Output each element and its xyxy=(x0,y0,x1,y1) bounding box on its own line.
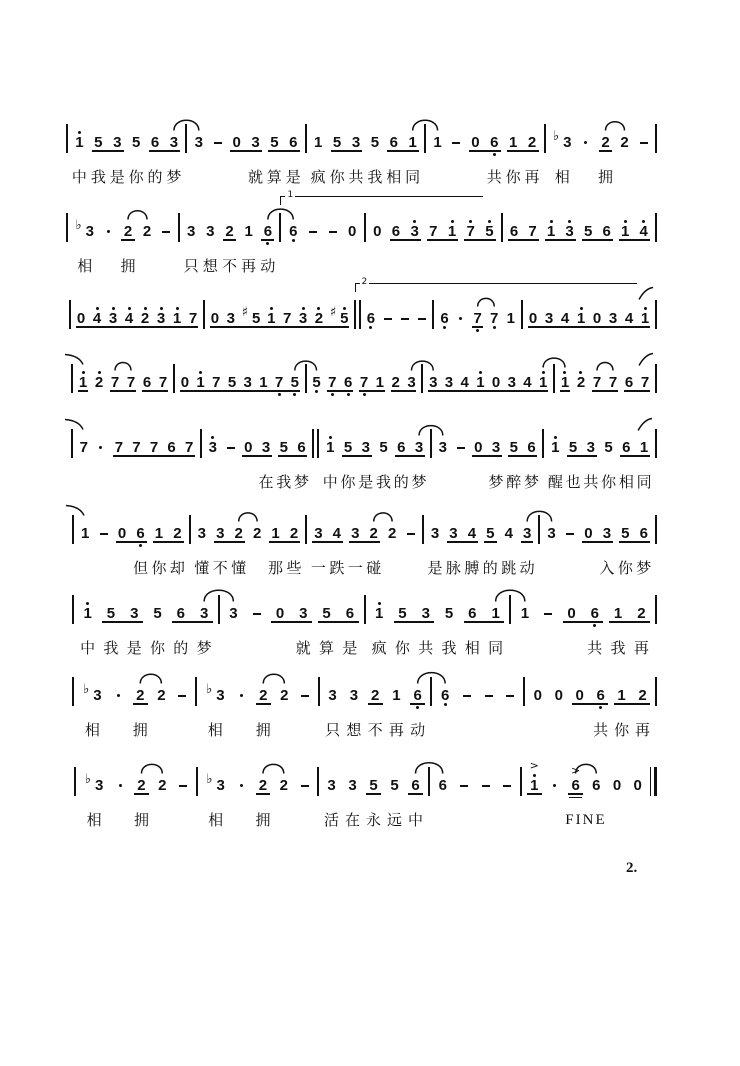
beam-group: 06共 xyxy=(560,598,607,628)
note-symbol: 2 xyxy=(173,526,181,541)
sustain-dash xyxy=(172,680,193,710)
note-symbol: 3 xyxy=(262,440,270,455)
note-symbol: 5 xyxy=(94,135,102,150)
octave-dot-below xyxy=(292,239,295,242)
note: 6是 xyxy=(284,127,303,157)
note-symbol: 3 xyxy=(216,688,224,703)
note-symbol: 6> xyxy=(571,778,579,793)
beam-group: 13 xyxy=(542,216,579,246)
note-symbol: 4 xyxy=(640,224,648,239)
note-symbol: 0 xyxy=(555,688,563,703)
beam-group: 2拥 xyxy=(131,770,152,800)
lyric-char: 相 xyxy=(208,721,223,739)
octave-dot-above xyxy=(128,307,131,310)
note-symbol xyxy=(309,224,317,239)
note-symbol: 7 xyxy=(467,224,475,239)
beam-group: 03就 xyxy=(268,598,315,628)
lyric-char: 算 xyxy=(267,168,282,186)
note: 5 xyxy=(224,367,240,397)
note: 3就 xyxy=(292,598,315,628)
rest: 0 xyxy=(469,432,487,462)
lyric-char: 梦 xyxy=(197,639,212,657)
note: 5你 xyxy=(328,127,347,157)
note-symbol: 1 xyxy=(314,135,322,150)
barline xyxy=(655,124,657,153)
beam-group: 6相1同 xyxy=(617,432,653,462)
sustain-dash xyxy=(475,770,496,800)
lyric-char: 不 xyxy=(368,721,383,739)
beam-group: 06共 xyxy=(466,127,504,157)
note: 6 xyxy=(163,432,181,462)
rhythm-dot xyxy=(99,216,118,246)
note: 3入 xyxy=(598,518,616,548)
note-symbol: 1 xyxy=(196,375,204,390)
note: 6 xyxy=(586,770,607,800)
note: 6的 xyxy=(169,598,192,628)
beam-group: 5也3共 xyxy=(564,432,600,462)
measure: 1中5我3是5你6的3梦 xyxy=(74,598,218,628)
note-symbol: 0 xyxy=(474,440,482,455)
lyric-char: 膊 xyxy=(464,559,479,577)
beam-group: 2拥 xyxy=(596,127,615,157)
lyric-char: 是 xyxy=(127,639,142,657)
note: 7 xyxy=(123,367,139,397)
octave-dot-below xyxy=(416,706,419,709)
octave-dot-above xyxy=(329,436,332,439)
note-symbol xyxy=(544,606,552,621)
note: 1 xyxy=(473,367,489,397)
rest: 0 xyxy=(268,598,291,628)
note: 5也 xyxy=(564,432,582,462)
note: 1那 xyxy=(266,518,284,548)
note-symbol: 6 xyxy=(602,224,610,239)
note: 3是 xyxy=(123,598,146,628)
note: 3 xyxy=(222,598,245,628)
note: 3只 xyxy=(182,216,201,246)
note-symbol: 1 xyxy=(521,606,529,621)
lyric-char: 梦 xyxy=(166,168,181,186)
note-symbol: 3 xyxy=(206,224,214,239)
sustain-dash xyxy=(496,770,517,800)
note: 6的 xyxy=(146,127,165,157)
lyric-char: 我 xyxy=(367,168,382,186)
beam-group: 2拥 xyxy=(118,216,137,246)
beam-group: 6的3梦 xyxy=(146,127,184,157)
lyric-char: 我 xyxy=(103,639,118,657)
rhythm-dot xyxy=(453,303,470,333)
note-symbol: 3 xyxy=(410,224,418,239)
note: 1 xyxy=(542,216,561,246)
note-symbol xyxy=(457,440,465,455)
note: 1 xyxy=(193,367,209,397)
lyric-char: 就 xyxy=(296,639,311,657)
note: 5 xyxy=(579,216,598,246)
beam-group: 6动 xyxy=(258,216,277,246)
octave-dot-above xyxy=(378,602,381,605)
note-symbol: 2 xyxy=(601,135,609,150)
beam-group: 3脉4膊 xyxy=(444,518,481,548)
lyric-char: 醉 xyxy=(506,473,521,491)
note: 6动 xyxy=(258,216,277,246)
measure: 01753175 xyxy=(175,367,305,397)
note: 1同 xyxy=(403,127,422,157)
measure: 106共1你2再 xyxy=(426,127,543,157)
note: 3只 xyxy=(322,680,343,710)
note-symbol: 3 xyxy=(198,526,206,541)
staff-line: 106但1你2却3懂3不2懂21那2些3一4跌3一2碰23是3脉4膊5的4跳3动… xyxy=(72,518,657,548)
note: 7 xyxy=(128,432,146,462)
note-symbol: 3 xyxy=(328,688,336,703)
beam-group: 1你2再 xyxy=(611,680,653,710)
note-symbol xyxy=(240,778,244,793)
lyric-char: 我 xyxy=(376,473,391,491)
rest: 0 xyxy=(73,303,89,333)
note-symbol: 5 xyxy=(252,311,260,326)
octave-dot-above xyxy=(550,220,553,223)
note: 7 xyxy=(279,303,295,333)
rhythm-dot xyxy=(545,770,566,800)
measure: 04342317 xyxy=(71,303,203,333)
octave-dot-above xyxy=(98,371,101,374)
note: 3一 xyxy=(309,518,327,548)
note-symbol xyxy=(100,526,108,541)
lyric-char: 疯 xyxy=(372,639,387,657)
note-symbol: 3 xyxy=(449,526,457,541)
lyric-char: 你 xyxy=(129,168,144,186)
note-symbol: 1 xyxy=(81,526,89,541)
note-symbol: 3 xyxy=(609,311,617,326)
note: 6梦 xyxy=(293,432,311,462)
note-symbol xyxy=(566,526,574,541)
note-symbol: 1> xyxy=(530,778,538,793)
note-symbol: 6 xyxy=(289,135,297,150)
note-symbol: 2 xyxy=(528,135,536,150)
note: 3 xyxy=(153,303,169,333)
note: 6相 xyxy=(461,598,484,628)
note: 2 xyxy=(152,770,173,800)
beam-group: 1那2些 xyxy=(266,518,303,548)
note-symbol: 6 xyxy=(411,778,419,793)
double-barline xyxy=(312,429,319,458)
fine-marking: FINE xyxy=(565,811,606,829)
note-symbol xyxy=(506,688,514,703)
octave-dot-below xyxy=(493,153,496,156)
sustain-dash xyxy=(537,598,560,628)
note: 1我 xyxy=(606,598,629,628)
note-symbol: 3 xyxy=(86,224,94,239)
sustain-dash xyxy=(222,432,240,462)
note-symbol: 4 xyxy=(561,311,569,326)
note-symbol: 6 xyxy=(289,224,297,239)
note: 2不 xyxy=(220,216,239,246)
measure: 1中5你3是5我6的3梦 xyxy=(319,432,430,462)
rest: 0 xyxy=(113,518,131,548)
note-symbol: 4 xyxy=(468,526,476,541)
octave-dot-below xyxy=(493,326,496,329)
note-symbol: 6 xyxy=(344,375,352,390)
octave-dot-above xyxy=(413,220,416,223)
lyric-char: 梦 xyxy=(294,473,309,491)
note: 5算 xyxy=(265,127,284,157)
staff-line: ♭3相2拥2♭3相2拥23只3想2不1再6动60006共1你2再 xyxy=(72,680,657,710)
note: 6 xyxy=(139,367,155,397)
beam-group: 5你6梦 xyxy=(616,518,653,548)
note-symbol: 3 xyxy=(195,135,203,150)
note-symbol: 2 xyxy=(280,778,288,793)
octave-dot-below xyxy=(315,390,318,393)
accent-mark: > xyxy=(571,765,580,776)
note-symbol xyxy=(463,688,471,703)
note: 7 xyxy=(637,367,653,397)
note: 6 xyxy=(505,216,524,246)
note-symbol: 3 xyxy=(299,606,307,621)
sustain-dash xyxy=(323,216,343,246)
lyric-char: 是 xyxy=(342,639,357,657)
beam-group: 1你2却 xyxy=(150,518,187,548)
lyric-char: 相 xyxy=(386,168,401,186)
note-symbol: 1 xyxy=(259,375,267,390)
note-symbol: 2 xyxy=(157,688,165,703)
note-symbol: 5 xyxy=(291,375,299,390)
note-symbol: 5 xyxy=(333,135,341,150)
note: 2 xyxy=(388,367,404,397)
note-symbol: 3 xyxy=(445,375,453,390)
note: 6梦 xyxy=(635,518,653,548)
note: 7 xyxy=(155,367,171,397)
note-symbol: 1 xyxy=(75,135,83,150)
lyric-char: 你 xyxy=(341,473,356,491)
octave-dot-below xyxy=(347,393,350,396)
lyric-char: 同 xyxy=(488,639,503,657)
measure: 3只3想2不1再6动 xyxy=(180,216,280,246)
note: 6 xyxy=(434,680,456,710)
note: 4跌 xyxy=(328,518,346,548)
note-symbol: 4 xyxy=(460,375,468,390)
note-symbol: 6 xyxy=(367,311,375,326)
note: 6梦 xyxy=(523,432,541,462)
note-symbol: 0 xyxy=(244,440,252,455)
rhythm-dot xyxy=(232,680,253,710)
beam-group: 04342317 xyxy=(73,303,201,333)
note-symbol: 1 xyxy=(641,311,649,326)
note: 1 xyxy=(637,303,653,333)
measure: 0637175 xyxy=(366,216,501,246)
note-symbol: 3 xyxy=(227,311,235,326)
note: 1疯 xyxy=(309,127,328,157)
volta-number: 1 xyxy=(285,190,295,200)
note: 1再 xyxy=(239,216,258,246)
note: 6共 xyxy=(583,598,606,628)
rest: 0 xyxy=(207,303,223,333)
staff-line: ♭3相2拥23只3想2不1再6动60063717567135614 xyxy=(66,216,657,246)
note: 5远 xyxy=(384,770,405,800)
note-symbol: 6 xyxy=(527,440,535,455)
beam-group: 5我3是 xyxy=(99,598,146,628)
note-symbol: 5 xyxy=(486,526,494,541)
note: 1 xyxy=(503,303,520,333)
note: 1 xyxy=(76,518,94,548)
note: 1疯 xyxy=(368,598,391,628)
note-symbol: 1 xyxy=(621,224,629,239)
sustain-dash xyxy=(94,518,112,548)
note-symbol: 5 xyxy=(621,526,629,541)
measure: 1疯5你3共5我6相1同 xyxy=(366,598,510,628)
note: 5醉 xyxy=(505,432,523,462)
note: 7 xyxy=(469,303,486,333)
note-symbol: 1 xyxy=(539,375,547,390)
note: 3 xyxy=(434,432,452,462)
note-symbol xyxy=(485,688,493,703)
lyric-char: 在 xyxy=(345,811,360,829)
measure: ♭3相2拥2 xyxy=(546,127,656,157)
rest: 0 xyxy=(466,127,485,157)
octave-dot-above xyxy=(488,220,491,223)
beam-group: 67 xyxy=(621,367,653,397)
measure: 1疯5你3共5我6相1同 xyxy=(307,127,424,157)
note: 1 xyxy=(372,367,388,397)
note: 7 xyxy=(356,367,372,397)
lyric-char: 我 xyxy=(91,168,106,186)
note-symbol: 2 xyxy=(280,688,288,703)
note-symbol: 3 xyxy=(422,606,430,621)
note: 6动 xyxy=(407,680,428,710)
note-symbol: 3 xyxy=(439,440,447,455)
note: 7 xyxy=(208,367,224,397)
note-symbol: 2 xyxy=(143,224,151,239)
note-symbol: 2 xyxy=(620,135,628,150)
lyric-char: 你 xyxy=(395,639,410,657)
sustain-dash xyxy=(561,518,579,548)
note-symbol xyxy=(640,135,648,150)
lyric-char: 的 xyxy=(173,639,188,657)
note: 7 xyxy=(110,432,128,462)
lyric-char: 你 xyxy=(601,473,616,491)
lyric-char: 再 xyxy=(634,639,649,657)
rest: 0 xyxy=(607,770,628,800)
note-symbol: 0 xyxy=(373,224,381,239)
lyric-char: 一 xyxy=(311,559,326,577)
lyric-char: 是 xyxy=(110,168,125,186)
note-symbol: 3 xyxy=(109,311,117,326)
note-symbol: 1 xyxy=(155,526,163,541)
beam-group: 6动 xyxy=(407,680,428,710)
note-symbol: 6 xyxy=(413,688,421,703)
note-symbol: 1 xyxy=(551,440,559,455)
note-symbol: 5 xyxy=(340,311,348,326)
measure: ♭3相2拥2 xyxy=(76,770,196,800)
note: ♯5 xyxy=(327,303,352,333)
note-symbol xyxy=(584,135,588,150)
sustain-dash xyxy=(294,770,315,800)
note-symbol: 1 xyxy=(173,311,181,326)
double-barline xyxy=(354,300,361,329)
note-symbol: 1 xyxy=(448,224,456,239)
note: 7 xyxy=(324,367,340,397)
note: 5我 xyxy=(375,432,393,462)
lyric-char: 懂 xyxy=(194,559,209,577)
lyric-char: 疯 xyxy=(311,168,326,186)
lyric-char: 拥 xyxy=(256,721,271,739)
note-symbol: 1 xyxy=(375,606,383,621)
note: 5我 xyxy=(365,127,384,157)
measure: 303入5你6梦 xyxy=(540,518,655,548)
note: 1同 xyxy=(635,432,653,462)
octave-dot-above xyxy=(82,371,85,374)
note-symbol: 2 xyxy=(370,526,378,541)
note-symbol xyxy=(459,311,463,326)
note: 3在 xyxy=(257,432,275,462)
note: 1中 xyxy=(70,127,89,157)
note: 2再 xyxy=(632,680,653,710)
note-symbol: 5 xyxy=(584,224,592,239)
lyric-char: 相 xyxy=(87,811,102,829)
note-symbol: 3 xyxy=(244,375,252,390)
note-symbol: 3 xyxy=(492,440,500,455)
note: 5你 xyxy=(616,518,634,548)
note-symbol: 3 xyxy=(187,224,195,239)
note-symbol: 6 xyxy=(510,224,518,239)
note: 6 xyxy=(436,303,453,333)
note: 5 xyxy=(480,216,499,246)
staff-line: 1中5我3是5你6的3梦303就5算6是1疯5你3共5我6相1同106共1你2再… xyxy=(66,127,657,157)
lyric-char: 共 xyxy=(487,168,502,186)
beam-group: 5算6是 xyxy=(315,598,362,628)
note: 5 xyxy=(287,367,303,397)
note-symbol xyxy=(179,778,187,793)
measure: ♭3相2拥2 xyxy=(197,680,318,710)
beam-group: 23 xyxy=(388,367,420,397)
lyric-char: 我 xyxy=(611,639,626,657)
lyric-char: 拥 xyxy=(598,168,613,186)
note: 1中 xyxy=(76,598,99,628)
note: 6 xyxy=(363,303,380,333)
sustain-dash xyxy=(396,303,413,333)
note-symbol: 0 xyxy=(593,311,601,326)
lyric-char: 永 xyxy=(366,811,381,829)
barline xyxy=(655,677,657,706)
note: 3 xyxy=(605,303,621,333)
final-barline xyxy=(650,767,657,796)
sustain-dash xyxy=(379,303,396,333)
beam-group: 6的3梦 xyxy=(392,432,428,462)
note: 3梦 xyxy=(164,127,183,157)
lyric-char: 中 xyxy=(80,639,95,657)
note-symbol: 3 xyxy=(508,375,516,390)
note: 3 xyxy=(425,367,441,397)
octave-dot-above xyxy=(317,307,320,310)
note-symbol: 6 xyxy=(346,606,354,621)
note-symbol: 2 xyxy=(637,606,645,621)
volta-number: 2 xyxy=(360,277,370,287)
note-symbol: 1 xyxy=(326,440,334,455)
beam-group: 2拥 xyxy=(253,680,274,710)
lyric-char: 不 xyxy=(213,559,228,577)
sustain-dash xyxy=(413,303,430,333)
note: 3 xyxy=(542,518,560,548)
volta-bracket: 2 xyxy=(355,283,638,292)
volta-bracket: 1 xyxy=(280,196,482,205)
note: 5你 xyxy=(391,598,414,628)
note-symbol: 7 xyxy=(275,375,283,390)
beam-group: 67 xyxy=(139,367,171,397)
note-symbol xyxy=(240,688,244,703)
note: 3 xyxy=(541,303,557,333)
lyric-char: 我 xyxy=(442,639,457,657)
note-symbol: 7 xyxy=(80,440,88,455)
note: ♯5 xyxy=(239,303,264,333)
beam-group: 6相1同 xyxy=(461,598,508,628)
note-symbol: 6 xyxy=(143,375,151,390)
